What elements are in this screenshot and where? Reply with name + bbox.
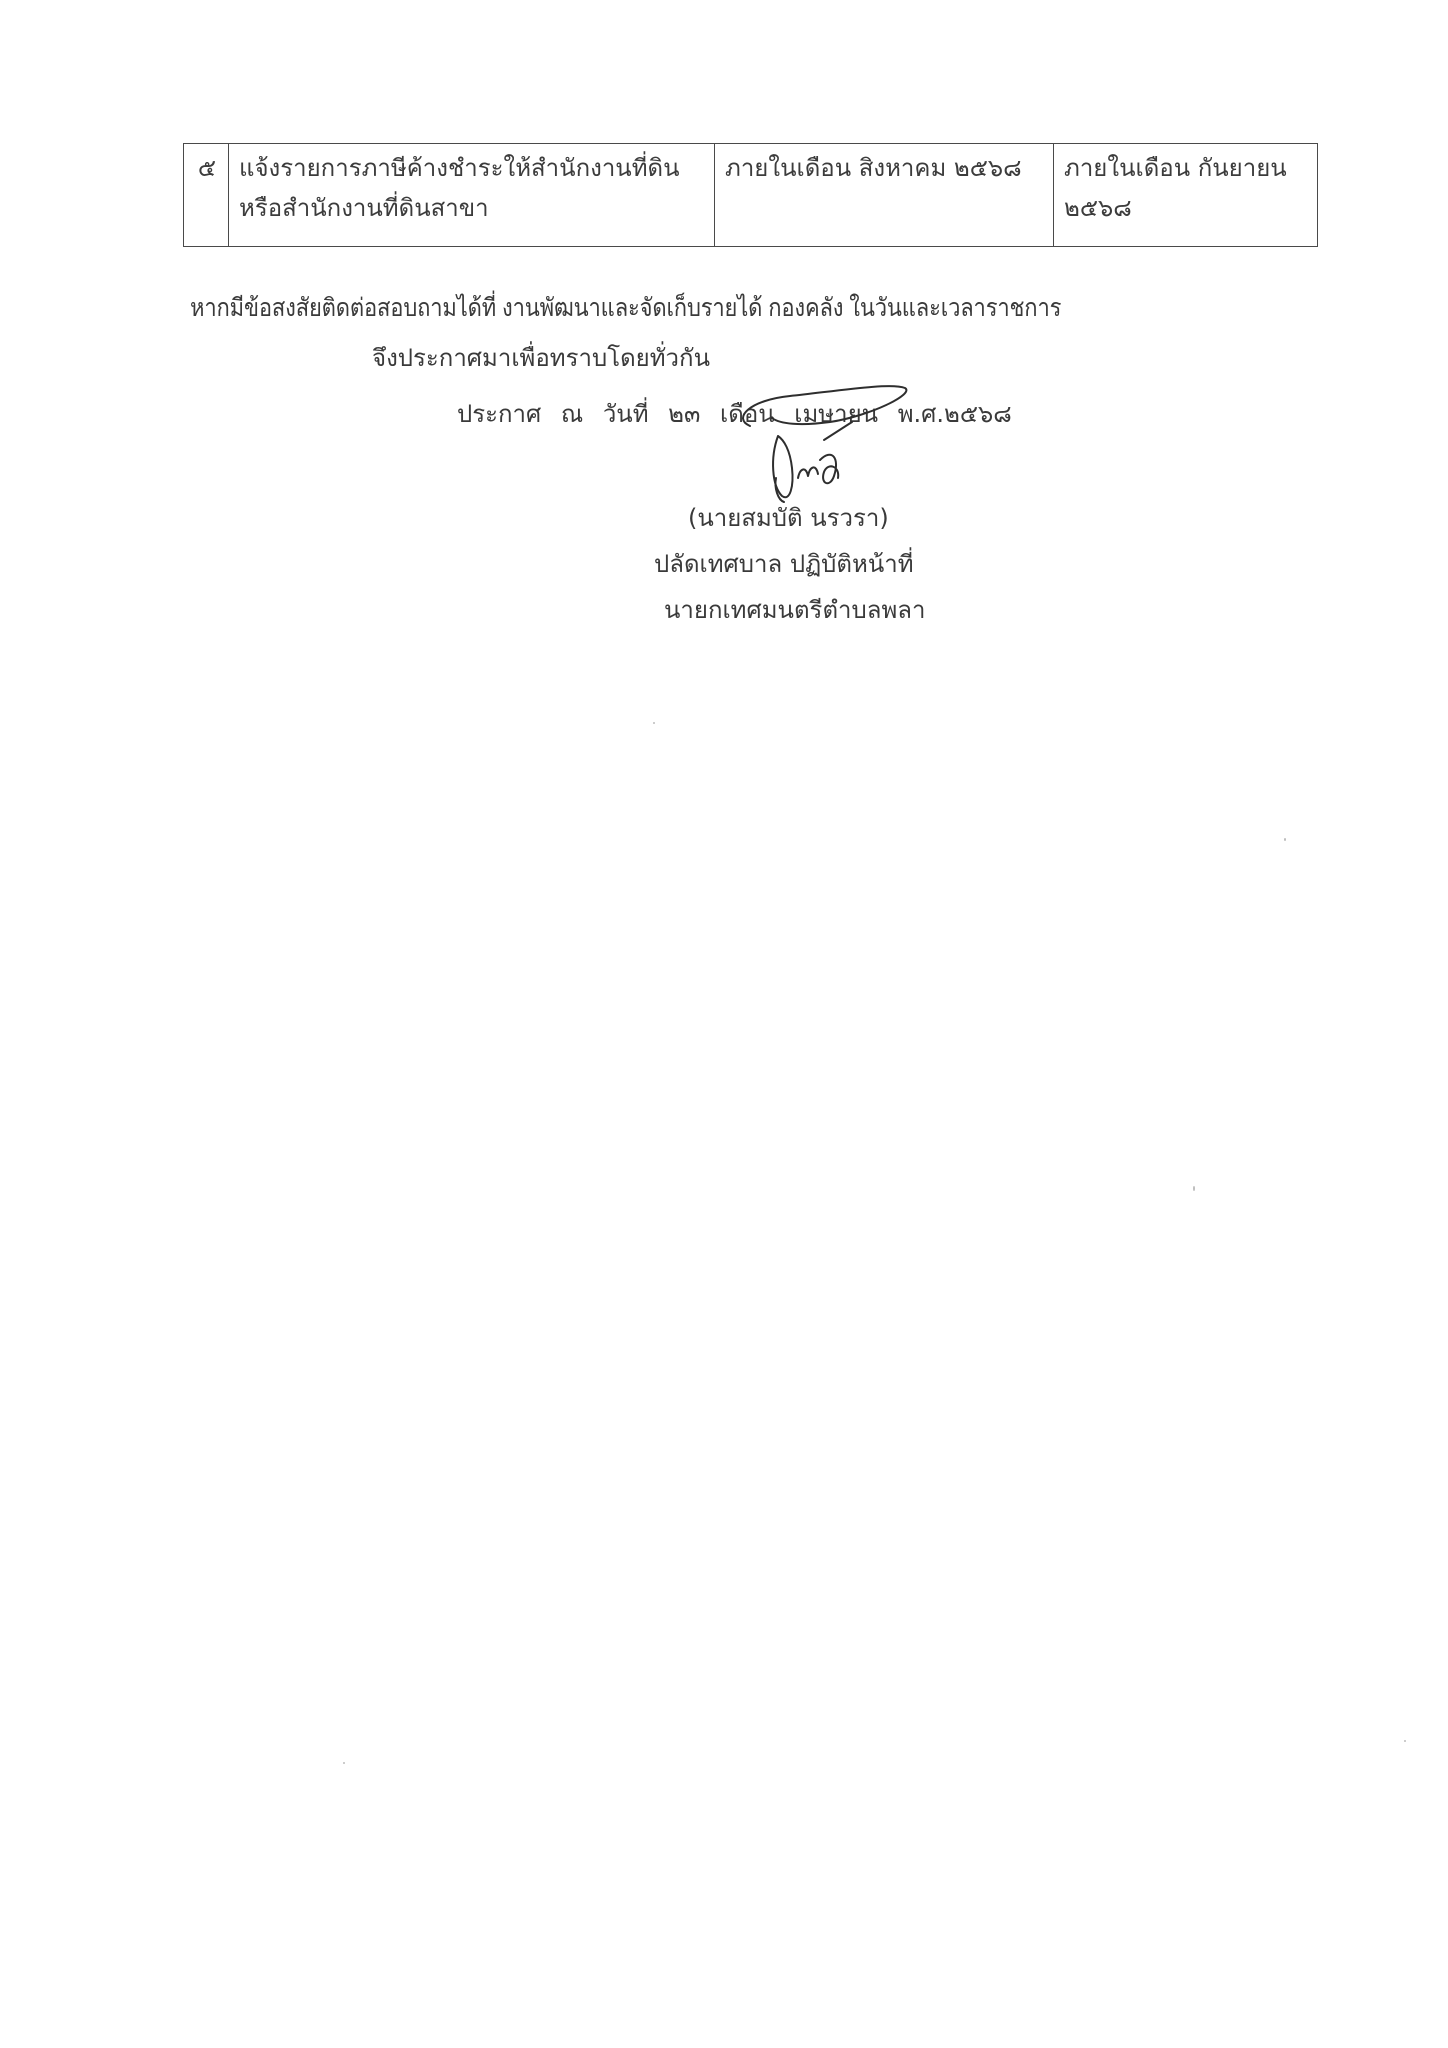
task-line-1: แจ้งรายการภาษีค้างชำระให้สำนักงานที่ดิน <box>239 148 706 188</box>
signature-icon <box>720 378 920 508</box>
end-period-cell: ภายในเดือน กันยายน ๒๕๖๘ <box>1054 144 1318 247</box>
date-prefix: ประกาศ <box>457 400 541 428</box>
start-period-cell: ภายในเดือน สิงหาคม ๒๕๖๘ <box>715 144 1054 247</box>
row-number-cell: ๕ <box>184 144 229 247</box>
task-text: แจ้งรายการภาษีค้างชำระให้สำนักงานที่ดิน … <box>229 144 714 228</box>
scan-speck <box>343 1762 345 1764</box>
scan-speck <box>1284 838 1286 841</box>
row-number: ๕ <box>184 144 228 188</box>
date-at: ณ <box>561 400 583 428</box>
scan-speck <box>1404 1740 1406 1742</box>
schedule-table: ๕ แจ้งรายการภาษีค้างชำระให้สำนักงานที่ดิ… <box>183 143 1318 247</box>
scan-speck <box>653 722 655 724</box>
contact-info-text: หากมีข้อสงสัยติดต่อสอบถามได้ที่ งานพัฒนา… <box>190 292 1061 324</box>
end-period-line-2: ๒๕๖๘ <box>1064 188 1309 228</box>
date-day-label: วันที่ <box>603 400 649 428</box>
signatory-name: (นายสมบัติ นรวรา) <box>688 502 889 534</box>
announcement-text: จึงประกาศมาเพื่อทราบโดยทั่วกัน <box>372 342 710 374</box>
end-period-line-1: ภายในเดือน กันยายน <box>1064 148 1309 188</box>
signatory-position-line-1: ปลัดเทศบาล ปฏิบัติหน้าที่ <box>654 548 914 580</box>
task-line-2: หรือสำนักงานที่ดินสาขา <box>239 188 706 228</box>
table-row: ๕ แจ้งรายการภาษีค้างชำระให้สำนักงานที่ดิ… <box>184 144 1318 247</box>
signatory-position-line-2: นายกเทศมนตรีตำบลพลา <box>664 594 925 626</box>
task-cell: แจ้งรายการภาษีค้างชำระให้สำนักงานที่ดิน … <box>229 144 715 247</box>
date-year: ๒๕๖๘ <box>944 400 1012 428</box>
date-day: ๒๓ <box>668 400 700 428</box>
document-page: ๕ แจ้งรายการภาษีค้างชำระให้สำนักงานที่ดิ… <box>0 0 1448 2048</box>
scan-speck <box>1193 1186 1195 1191</box>
end-period-text: ภายในเดือน กันยายน ๒๕๖๘ <box>1054 144 1317 228</box>
start-period-text: ภายในเดือน สิงหาคม ๒๕๖๘ <box>715 144 1053 188</box>
